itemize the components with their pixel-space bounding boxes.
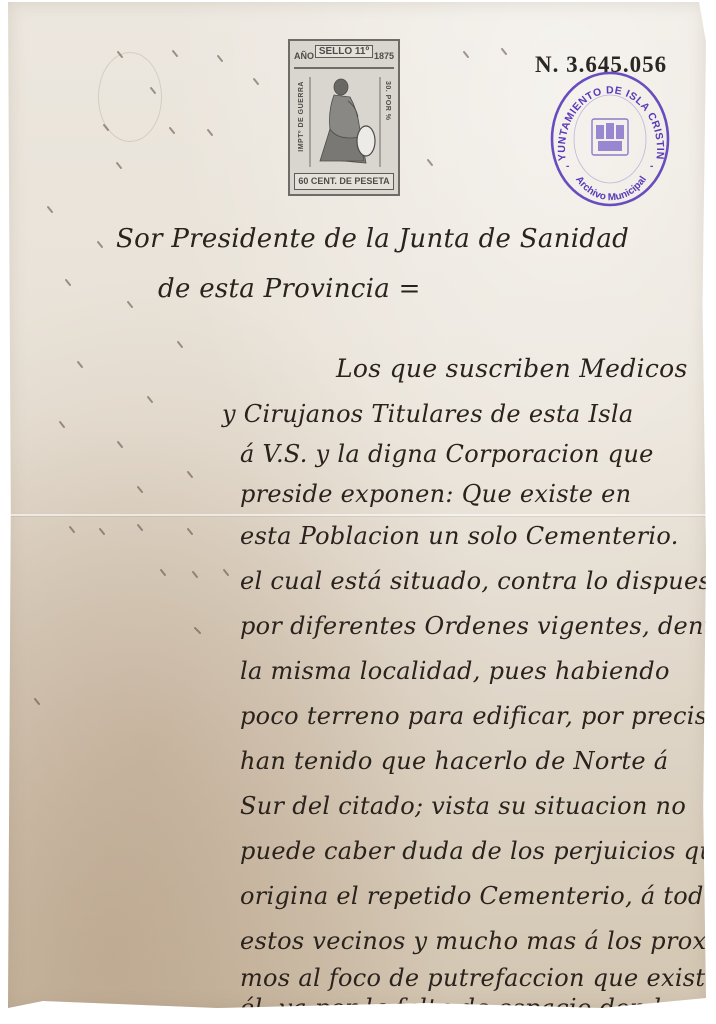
body-line: preside exponen: Que existe en — [240, 480, 631, 508]
body-line: y Cirujanos Titulares de esta Isla — [222, 400, 633, 428]
handwritten-letter: Sor Presidente de la Junta de Sanidad de… — [8, 2, 706, 1008]
body-line: estos vecinos y mucho mas á los proxi- — [240, 927, 716, 955]
body-line: Sur del citado; vista su situacion no — [240, 792, 686, 820]
body-line: esta Poblacion un solo Cementerio. — [240, 522, 679, 550]
body-line: han tenido que hacerlo de Norte á — [240, 747, 668, 775]
body-line: poco terreno para edificar, por precisio… — [240, 702, 716, 730]
address-line: de esta Provincia = — [158, 274, 421, 304]
body-line: á V.S. y la digna Corporacion que — [240, 440, 654, 468]
address-line: Sor Presidente de la Junta de Sanidad — [116, 224, 629, 254]
body-line: mos al foco de putrefaccion que existe e… — [240, 964, 716, 992]
body-line: puede caber duda de los perjuicios que — [240, 837, 716, 865]
body-line: origina el repetido Cementerio, á todos — [240, 882, 716, 910]
body-line: él, ya por la falta de espacio donde — [240, 994, 676, 1022]
body-line: el cual está situado, contra lo dispuest… — [240, 567, 716, 595]
body-line: la misma localidad, pues habiendo — [240, 657, 670, 685]
document-page: AÑO SELLO 11º 1875 IMPTº DE GUERRA 30. P… — [8, 2, 706, 1008]
body-line: por diferentes Ordenes vigentes, dentro … — [240, 612, 716, 640]
body-line: Los que suscriben Medicos — [336, 354, 688, 383]
